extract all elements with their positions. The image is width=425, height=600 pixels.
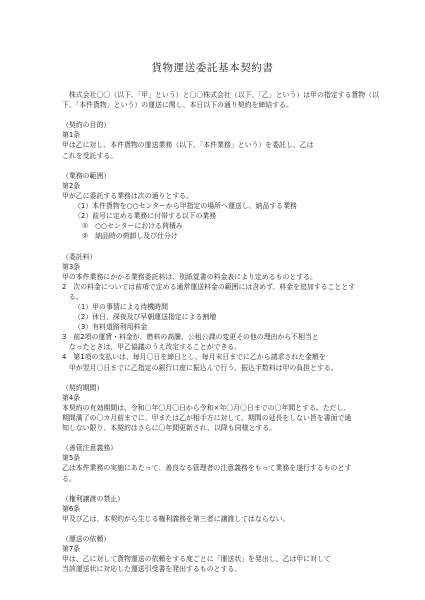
article-number: 第7条 — [62, 544, 372, 554]
article-text: 本契約の有効期間は、令和〇年〇月〇日から令和×年〇月〇日までの〇年間とする。ただ… — [62, 403, 372, 413]
article-heading: （権利譲渡の禁止） — [62, 494, 372, 504]
clause-2: る。 — [62, 292, 372, 302]
article-text: 当該運送状に対応した運送引受書を発出するものとする。 — [62, 564, 372, 574]
article-number: 第6条 — [62, 504, 372, 514]
article-text: 知しない限り、本契約はさらに〇年間更新され、以降も同様とする。 — [62, 423, 372, 433]
article-text: 期間満了の〇カ月前までに、甲または乙が相手方に対して、期間の延長をしない旨を書面… — [62, 413, 372, 423]
article-text: 甲及び乙は、本契約から生じる権利義務を第三者に譲渡してはならない。 — [62, 514, 372, 524]
article-item: （2）前号に定める業務に付帯する以下の業務 — [62, 211, 372, 221]
document-page: 貨物運送委託基本契約書 株式会社〇〇（以下、「甲」という）と〇〇株式会社（以下、… — [0, 0, 425, 600]
clause-4: 甲が翌月〇日までに乙指定の銀行口座に振込んで行う。振込手数料は甲の負担とする。 — [62, 363, 372, 373]
clause-3: なったときは、甲乙協議のうえ改定することができる。 — [62, 342, 372, 352]
document-body: 株式会社〇〇（以下、「甲」という）と〇〇株式会社（以下、「乙」という）は甲の指定… — [62, 90, 372, 575]
article-heading: （契約の目的） — [62, 120, 372, 130]
article-number: 第4条 — [62, 393, 372, 403]
clause-2: 2 次の料金については前項で定める通常運送料金の範囲には含めず、料金を追加するこ… — [62, 282, 372, 292]
article-text: 甲が乙に委託する業務は次の通りとする。 — [62, 191, 372, 201]
clause-4: 4 第1項の支払いは、毎月〇日を締日とし、毎月末日までに乙から請求された金額を — [62, 352, 372, 362]
intro-line: 株式会社〇〇（以下、「甲」という）と〇〇株式会社（以下、「乙」という）は甲の指定… — [62, 90, 372, 100]
article-item: （1）本件貨物を○○センターから甲指定の場所へ運送し、納品する業務 — [62, 201, 372, 211]
article-text: 甲の本件業務にかかる業務委託料は、別紙覚書の料金表により定めるものとする。 — [62, 272, 372, 282]
article-heading: （善管注意義務） — [62, 443, 372, 453]
article-text: 乙は本件業務の実施にあたって、善良なる管理者の注意義務をもって業務を遂行するもの… — [62, 463, 372, 473]
article-number: 第2条 — [62, 181, 372, 191]
article-item: （3）有料道路利用料金 — [62, 322, 372, 332]
article-text: これを受託する。 — [62, 151, 372, 161]
article-text: る。 — [62, 474, 372, 484]
article-heading: （委託料） — [62, 252, 372, 262]
clause-3: 3 前2項の運賃・料金が、燃料の高騰、公租公課の変更その他の理由から不相当と — [62, 332, 372, 342]
article-text: 甲は、乙に対して貨物運送の依頼をする度ごとに「運送状」を発出し、乙は甲に対して — [62, 554, 372, 564]
intro-line: 下、「本件貨物」という）の運送に関し、本日以下の通り契約を締結する。 — [62, 100, 372, 110]
article-number: 第1条 — [62, 130, 372, 140]
document-title: 貨物運送委託基本契約書 — [0, 60, 425, 75]
article-number: 第3条 — [62, 262, 372, 272]
article-subitem: ① ○○センターにおける荷積み — [62, 221, 372, 231]
article-item: （2）休日、深夜及び早朝運送指定による割増 — [62, 312, 372, 322]
article-item: （1）甲の事情による待機時間 — [62, 302, 372, 312]
article-heading: （業務の範囲） — [62, 171, 372, 181]
article-subitem: ② 納品時の荷卸し及び仕分け — [62, 231, 372, 241]
article-heading: （契約期間） — [62, 383, 372, 393]
article-text: 甲は乙に対し、本件貨物の運送業務（以下、「本件業務」という）を委託し、乙は — [62, 140, 372, 150]
article-number: 第5条 — [62, 453, 372, 463]
article-heading: （運送の依頼） — [62, 534, 372, 544]
